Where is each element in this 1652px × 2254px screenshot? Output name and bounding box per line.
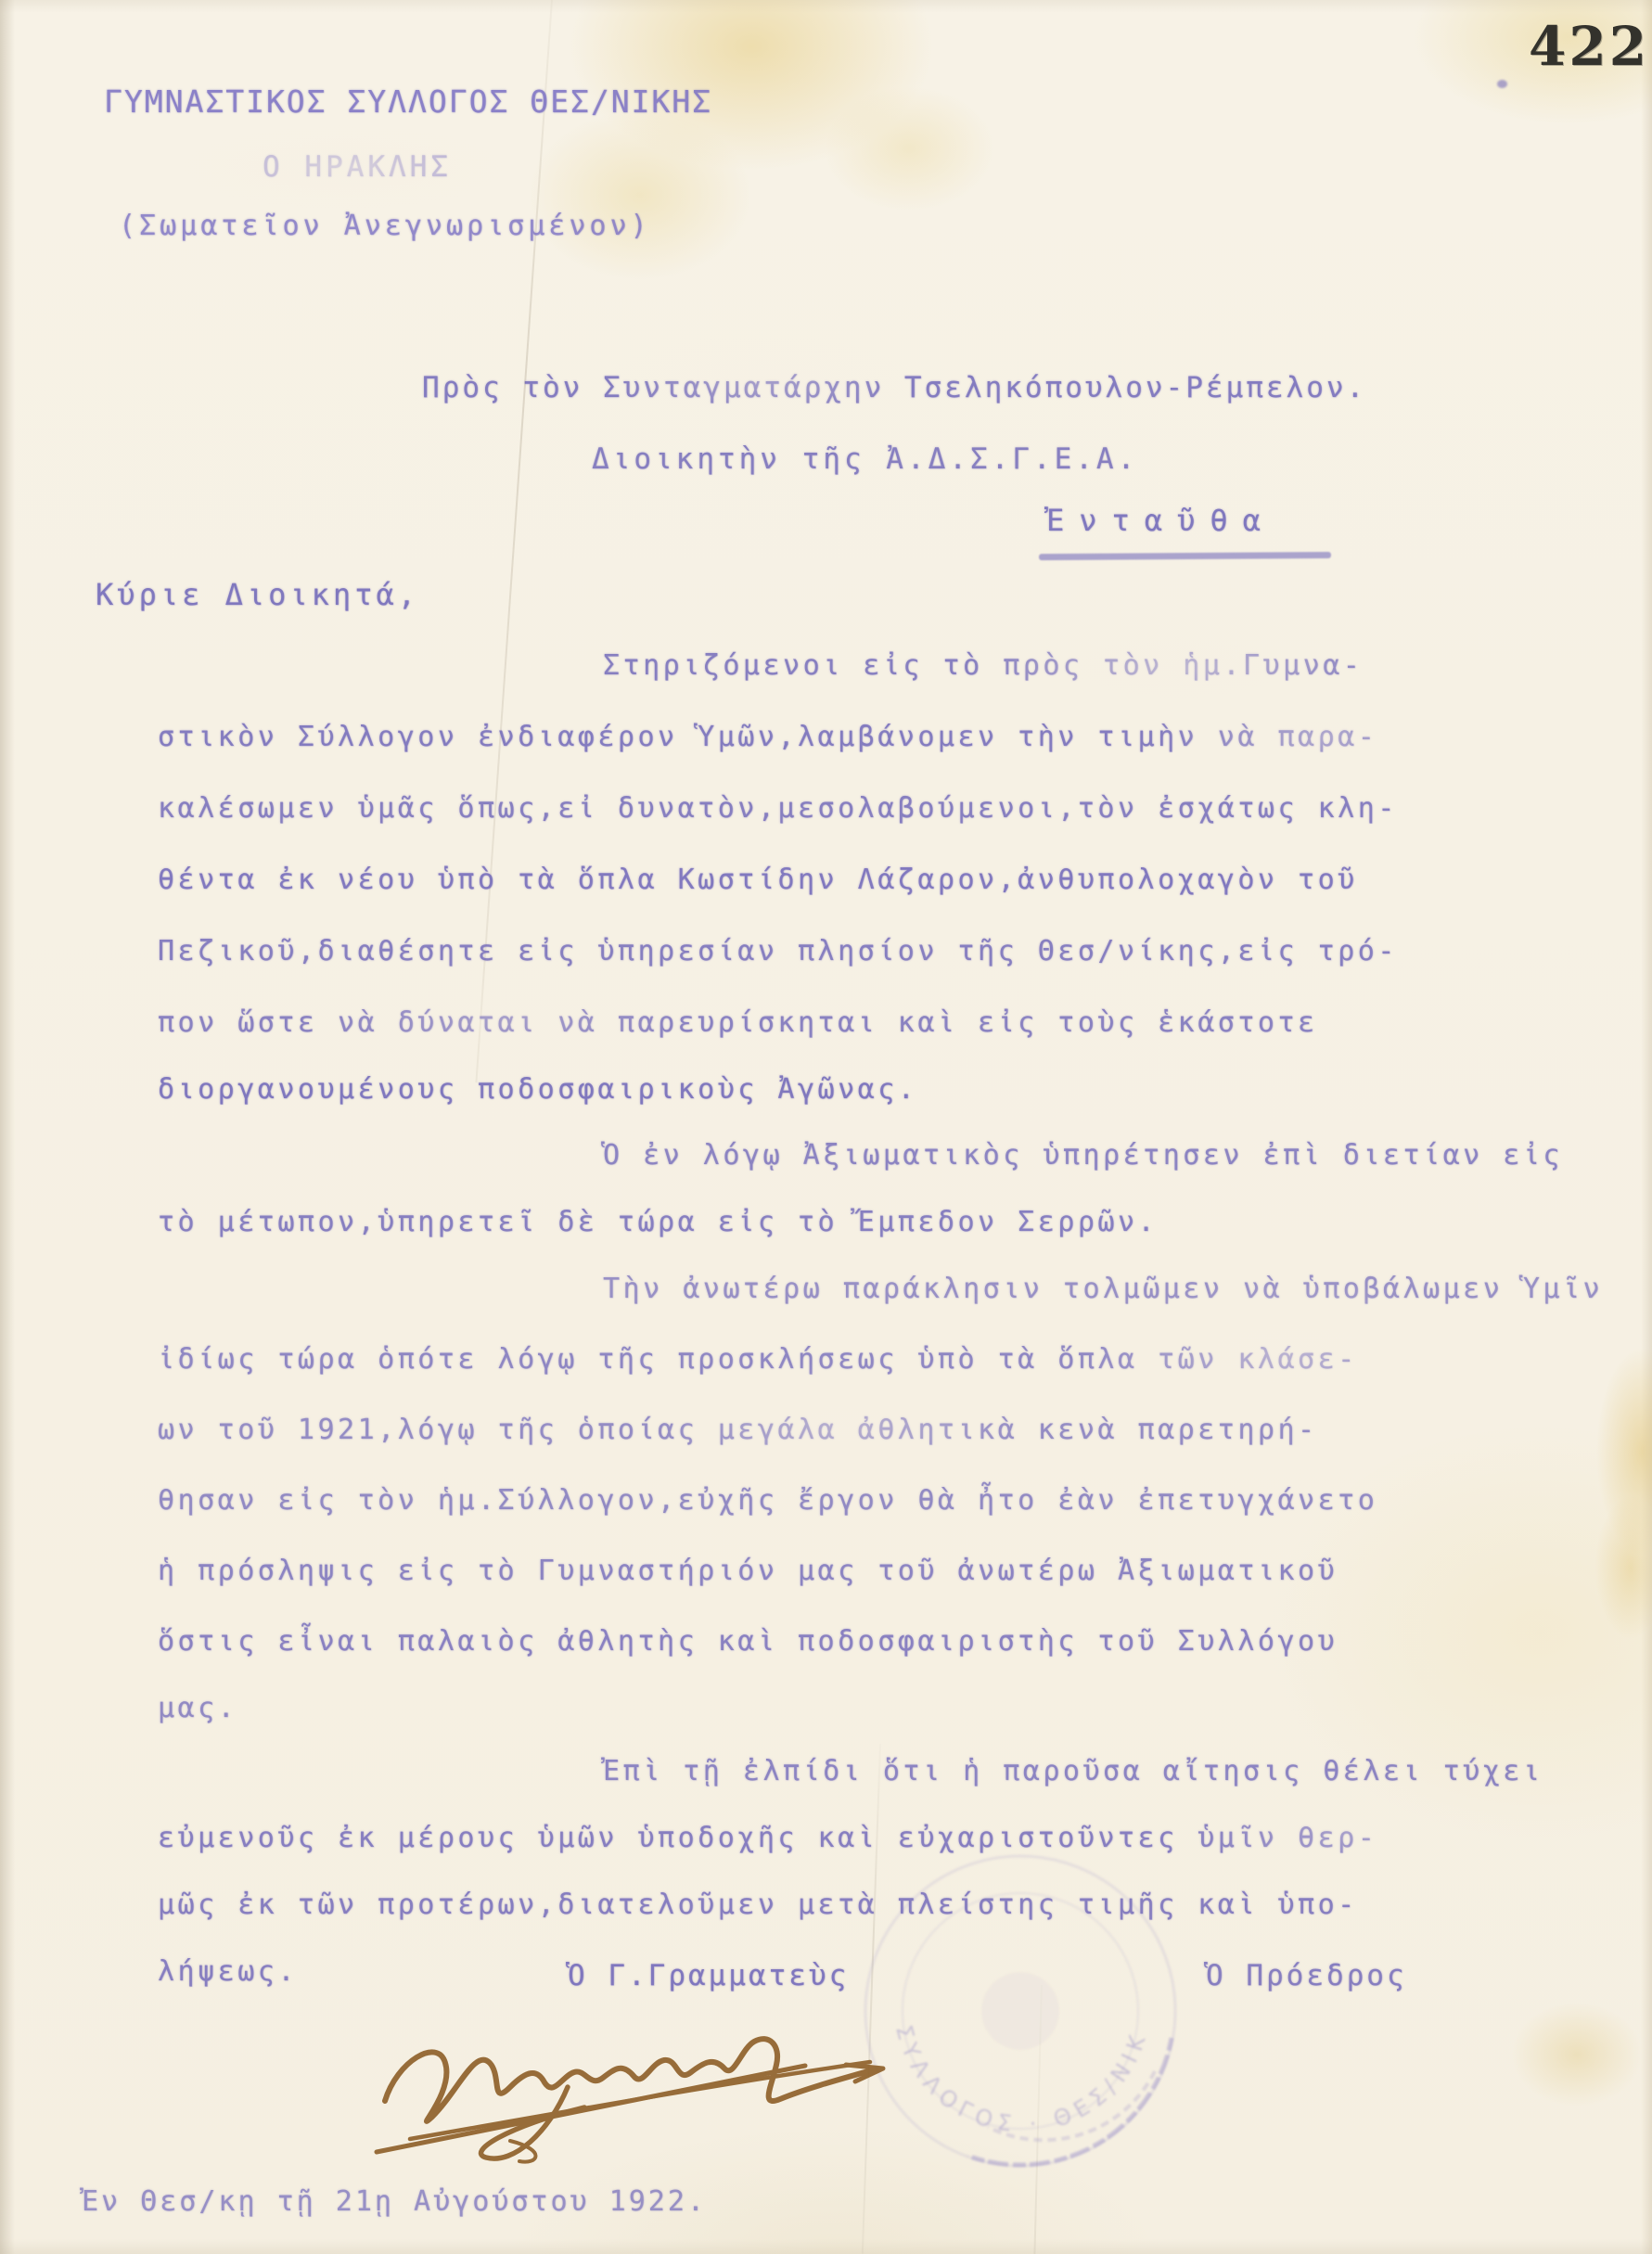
- body-line: διοργανουμένους ποδοσφαιρικοὺς Ἀγῶνας.: [158, 1073, 917, 1106]
- recipient-line-1: Πρὸς τὸν Συνταγματάρχην Τσεληκόπουλον-Ρέ…: [422, 371, 1366, 404]
- letterhead-club-name: Ο ΗΡΑΚΛΗΣ: [263, 150, 452, 184]
- salutation: Κύριε Διοικητά,: [96, 577, 419, 612]
- letterhead-subtitle: (Σωματεῖον Ἀνεγνωρισμένον): [119, 210, 651, 242]
- body-line: θέντα ἐκ νέου ὑπὸ τὰ ὅπλα Κωστίδην Λάζαρ…: [158, 864, 1358, 896]
- body-line: Ὁ ἐν λόγῳ Ἀξιωματικὸς ὑπηρέτησεν ἐπὶ διε…: [603, 1139, 1563, 1172]
- body-line: Ἐπὶ τῇ ἐλπίδι ὅτι ἡ παροῦσα αἴτησις θέλε…: [603, 1755, 1543, 1787]
- paper-background: 422 ΣΥΛΛΟΓΟΣ · ΘΕΣ/ΝΙΚΗΣ ΓΥΜΝΑΣΤΙΚΟΣ ΣΥΛ…: [0, 0, 1652, 2254]
- body-line: μῶς ἐκ τῶν προτέρων,διατελοῦμεν μετὰ πλε…: [158, 1889, 1358, 1921]
- body-line: μας.: [158, 1692, 237, 1724]
- letterhead-org-name: ΓΥΜΝΑΣΤΙΚΟΣ ΣΥΛΛΟΓΟΣ ΘΕΣ/ΝΙΚΗΣ: [104, 83, 712, 120]
- body-line: ἡ πρόσληψις εἰς τὸ Γυμναστήριόν μας τοῦ …: [158, 1555, 1338, 1587]
- body-line: ὅστις εἶναι παλαιὸς ἀθλητὴς καὶ ποδοσφαι…: [158, 1625, 1338, 1658]
- recipient-place: Ἐνταῦθα: [1046, 503, 1275, 538]
- dateline: Ἐν Θεσ/κῃ τῇ 21ῃ Αὐγούστου 1922.: [82, 2185, 707, 2218]
- body-line: ἰδίως τώρα ὁπότε λόγῳ τῆς προσκλήσεως ὑπ…: [158, 1343, 1358, 1376]
- ink-speck: [1497, 80, 1507, 88]
- body-line: καλέσωμεν ὑμᾶς ὅπως,εἰ δυνατὸν,μεσολαβού…: [158, 792, 1398, 825]
- handwritten-signature: [371, 1976, 890, 2171]
- body-line: Πεζικοῦ,διαθέσητε εἰς ὑπηρεσίαν πλησίον …: [158, 935, 1398, 967]
- body-line: Στηριζόμενοι εἰς τὸ πρὸς τὸν ἡμ.Γυμνα-: [603, 649, 1363, 682]
- place-underline: [1039, 552, 1331, 560]
- president-title: Ὁ Πρόεδρος: [1206, 1959, 1407, 1992]
- recipient-line-2: Διοικητὴν τῆς Ἀ.Δ.Σ.Γ.Ε.Α.: [592, 442, 1138, 476]
- body-line: στικὸν Σύλλογον ἐνδιαφέρον Ὑμῶν,λαμβάνομ…: [158, 721, 1377, 753]
- body-line: θησαν εἰς τὸν ἡμ.Σύλλογον,εὐχῆς ἔργον θὰ…: [158, 1484, 1377, 1517]
- body-line: ων τοῦ 1921,λόγῳ τῆς ὁποίας μεγάλα ἀθλητ…: [158, 1414, 1318, 1446]
- page-number: 422: [1529, 15, 1649, 78]
- body-line: Τὴν ἀνωτέρω παράκλησιν τολμῶμεν νὰ ὑποβά…: [603, 1273, 1603, 1305]
- paper-crease-top: [475, 0, 553, 1082]
- body-line: πον ὥστε νὰ δύναται νὰ παρευρίσκηται καὶ…: [158, 1006, 1318, 1039]
- scanned-letter-page: { "colors": { "paper": "#f7f2e6", "typew…: [0, 0, 1652, 2254]
- body-line: λήψεως.: [158, 1955, 298, 1988]
- body-line: τὸ μέτωπον,ὑπηρετεῖ δὲ τώρα εἰς τὸ Ἔμπεδ…: [158, 1206, 1158, 1238]
- body-line: εὐμενοῦς ἐκ μέρους ὑμῶν ὑποδοχῆς καὶ εὐχ…: [158, 1822, 1377, 1854]
